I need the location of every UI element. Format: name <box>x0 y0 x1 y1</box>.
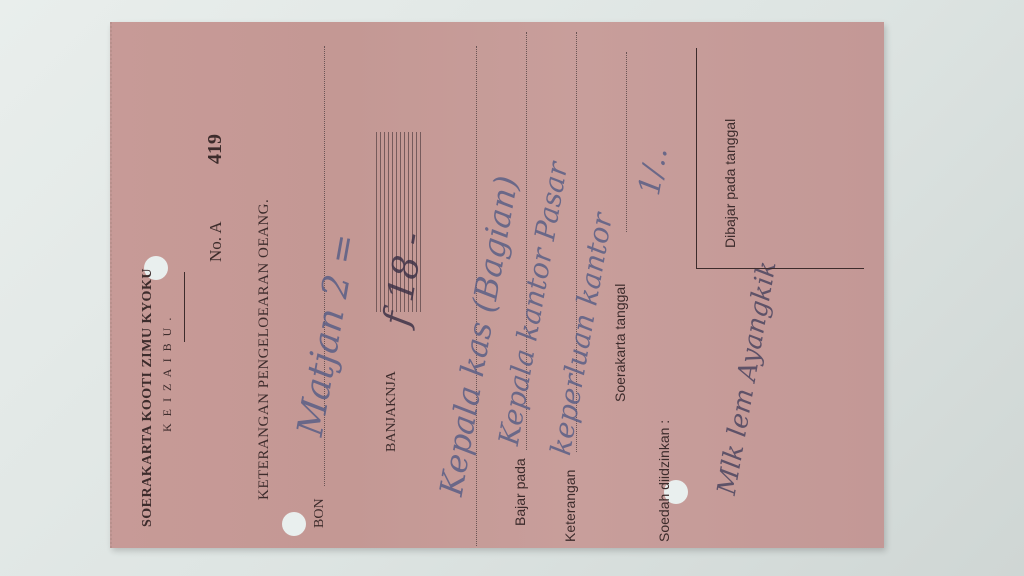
number-label: No. A <box>206 221 226 262</box>
soedah-diidzinkan-label: Soedah diidzinkan : <box>656 420 672 542</box>
punch-hole <box>282 512 306 536</box>
header-title: SOERAKARTA KOOTI ZIMU KYOKU <box>140 268 156 527</box>
number-value: 419 <box>204 134 227 164</box>
header-subtitle: K E I Z A I B U . <box>160 316 175 432</box>
bon-label: BON <box>312 498 328 528</box>
soerakarta-tanggal-label: Soerakarta tanggal <box>612 284 628 402</box>
receipt-document: SOERAKARTA KOOTI ZIMU KYOKU K E I Z A I … <box>110 22 884 548</box>
banjaknja-label: BANJAKNJA <box>384 371 400 452</box>
header-underline <box>184 272 185 342</box>
dibajar-box-left-border <box>696 48 697 268</box>
soerakarta-tanggal-value: 1/.. <box>632 144 675 198</box>
dibajar-pada-tanggal-label: Dibajar pada tanggal <box>722 119 738 248</box>
bajar-pada-label: Bajar pada <box>512 458 528 526</box>
keterangan-label: Keterangan <box>562 470 578 542</box>
dibajar-box-bottom-border <box>696 268 864 269</box>
soerakarta-tanggal-line <box>626 52 627 232</box>
signature: Mlk lem Ayangkik <box>712 259 783 497</box>
bon-value: Matjan 2 = <box>290 231 366 440</box>
form-title: KETERANGAN PENGELOEARAN OEANG. <box>256 199 273 500</box>
